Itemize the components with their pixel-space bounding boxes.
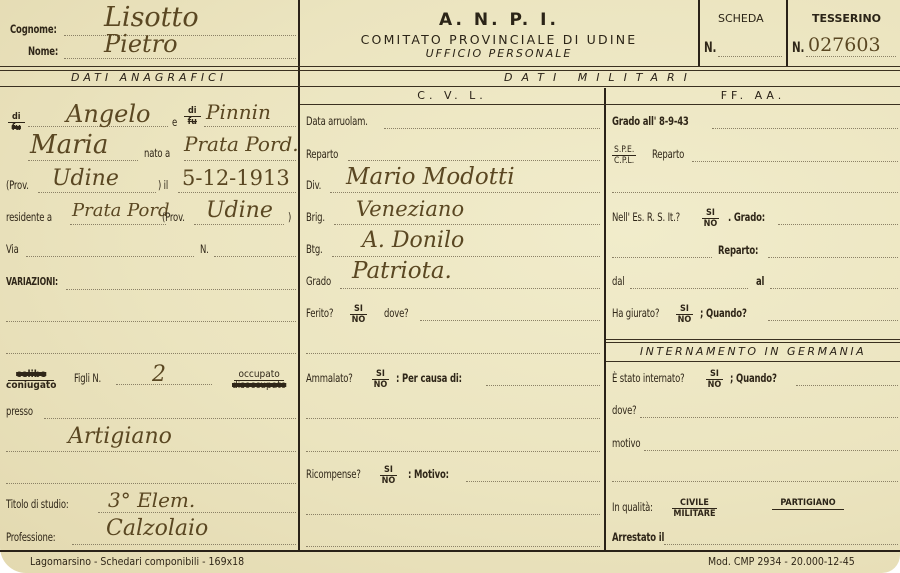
presso-label: presso (6, 404, 33, 418)
partigiano-label: PARTIGIANO (780, 498, 835, 508)
mother-name-line (28, 160, 138, 161)
cvl-grado-label: Grado (306, 274, 331, 288)
residence-value[interactable]: Prata Pord (72, 200, 169, 221)
ammalato-label: Ammalato? (306, 371, 353, 385)
cognome-label: Cognome: (10, 22, 57, 36)
rule-header-1 (0, 66, 900, 67)
btg-value[interactable]: A. Donilo (362, 228, 464, 253)
mother-name-value[interactable]: Maria (30, 130, 108, 160)
nome-line (64, 58, 296, 59)
nell-es-label: Nell' Es. R. S. It.? (612, 210, 680, 224)
nell-es-si-no[interactable]: SI NO (702, 208, 719, 229)
ffaa-reparto-line[interactable] (692, 161, 898, 162)
causa-line-2[interactable] (306, 418, 600, 419)
civile-militare-selector[interactable]: CIVILE MILITARE (672, 498, 717, 519)
scheda-line (718, 56, 782, 57)
presso-line (44, 418, 296, 419)
father-value[interactable]: Angelo (66, 100, 150, 128)
committee-title: COMITATO PROVINCIALE DI UDINE (300, 32, 698, 47)
internato-motivo-line-2[interactable] (612, 481, 898, 482)
data-arruolam-line[interactable] (384, 128, 600, 129)
btg-label: Btg. (306, 242, 323, 256)
residente-label: residente a (6, 210, 52, 224)
mother-surname-value[interactable]: Pinnin (206, 100, 271, 124)
cognome-value[interactable]: Lisotto (104, 2, 199, 33)
res-prov-value[interactable]: Udine (206, 198, 273, 223)
ffaa-reparto2-line[interactable] (768, 257, 898, 258)
arrestato-label: Arrestato il (612, 530, 664, 544)
prov-line (38, 192, 156, 193)
divider-ffaa-col (604, 88, 606, 550)
ricompense-label: Ricompense? (306, 467, 361, 481)
ffaa-reparto-line-2[interactable] (612, 192, 898, 193)
office-title: UFFICIO PERSONALE (300, 47, 698, 60)
res-prov-line (194, 224, 284, 225)
employment-selector: occupato disoccupato (232, 370, 286, 391)
giurato-label: Ha giurato? (612, 306, 659, 320)
al-label: al (756, 274, 764, 288)
presso-value[interactable]: Artigiano (68, 424, 172, 449)
ferito-line-2[interactable] (306, 353, 600, 354)
birthplace-line (184, 160, 296, 161)
rule-internamento-1 (606, 339, 900, 340)
variazioni-line-2[interactable] (6, 321, 296, 322)
motivo-line-2[interactable] (306, 514, 600, 515)
via-label: Via (6, 242, 19, 256)
grado-8943-label: Grado all' 8-9-43 (612, 114, 689, 128)
partigiano-option[interactable]: PARTIGIANO (772, 498, 844, 510)
professione-value[interactable]: Calzolaio (106, 516, 208, 541)
figli-value[interactable]: 2 (152, 362, 166, 387)
titolo-line (98, 512, 296, 513)
tesserino-n-label: N. (792, 40, 804, 56)
causa-line[interactable] (486, 385, 600, 386)
tesserino-value[interactable]: 027603 (808, 34, 881, 56)
ferito-dove-label: dove? (384, 306, 409, 320)
ffaa-title: FF. AA. (606, 89, 900, 102)
dati-militari-title: DATI MILITARI (300, 71, 900, 84)
header-title-block: A. N. P. I. COMITATO PROVINCIALE DI UDIN… (300, 10, 698, 60)
ferito-dove-line[interactable] (420, 320, 600, 321)
motivo-line[interactable] (466, 481, 600, 482)
internato-si-no[interactable]: SI NO (706, 369, 723, 390)
res-prov-close: ) (288, 210, 291, 224)
divider-tesserino (786, 0, 788, 66)
brig-label: Brig. (306, 210, 325, 224)
rule-internamento-3 (606, 361, 900, 362)
internato-dove-label: dove? (612, 403, 637, 417)
cvl-reparto-label: Reparto (306, 147, 338, 161)
res-prov-label: (Prov. (162, 210, 185, 224)
anpi-personnel-card: Cognome: Lisotto Nome: Pietro A. N. P. I… (0, 0, 900, 573)
ffaa-reparto-label: Reparto (652, 147, 684, 161)
via-line[interactable] (26, 256, 194, 257)
ricompense-si-no[interactable]: SI NO (380, 465, 397, 486)
variazioni-line-3[interactable] (6, 353, 296, 354)
cvl-grado-line (340, 288, 600, 289)
via-n-line[interactable] (214, 256, 296, 257)
tesserino-label: TESSERINO (812, 12, 881, 25)
birthdate-label: ) il (158, 178, 168, 192)
div-line (330, 192, 600, 193)
giurato-si-no[interactable]: SI NO (676, 304, 693, 325)
footer-printer: Lagomarsino - Schedari componibili - 169… (30, 556, 244, 568)
divider-scheda (698, 0, 700, 66)
titolo-label: Titolo di studio: (6, 497, 69, 511)
presso-line-3 (6, 483, 296, 484)
internato-motivo-line[interactable] (644, 450, 898, 451)
birthdate-line (178, 192, 296, 193)
btg-line (332, 256, 600, 257)
scheda-label: SCHEDA (718, 12, 764, 25)
internamento-title: INTERNAMENTO IN GERMANIA (606, 345, 900, 358)
dal-line[interactable] (630, 288, 748, 289)
di-fu-selector: di fu (8, 112, 25, 133)
e-di-label: e (172, 115, 177, 129)
ffaa-reparto2-pre-line (612, 257, 712, 258)
causa-line-3[interactable] (306, 451, 600, 452)
ammalato-si-no[interactable]: SI NO (372, 369, 389, 390)
motivo-label: : Motivo: (408, 467, 449, 481)
ffaa-grado2-line[interactable] (778, 224, 898, 225)
scheda-n-label: N. (704, 40, 716, 56)
rule-internamento-2 (606, 342, 900, 343)
nome-value[interactable]: Pietro (104, 30, 178, 58)
ffaa-reparto2-label: Reparto: (718, 243, 758, 257)
birthplace-value[interactable]: Prata Pord. (184, 132, 299, 156)
internato-quando-line[interactable] (796, 385, 898, 386)
tesserino-line (806, 56, 896, 57)
internato-motivo-label: motivo (612, 436, 640, 450)
cvl-title: C. V. L. (300, 89, 604, 102)
footer-model: Mod. CMP 2934 - 20.000-12-45 (708, 556, 855, 568)
qualita-label: In qualità: (612, 500, 653, 514)
giurato-quando-label: ; Quando? (700, 306, 747, 320)
div-label: Div. (306, 178, 321, 192)
grado-8943-line[interactable] (712, 128, 898, 129)
variazioni-line-1[interactable] (66, 289, 296, 290)
ffaa-grado2-label: . Grado: (728, 210, 765, 224)
rule-subsection-titles (300, 104, 900, 105)
prov-label: (Prov. (6, 178, 29, 192)
nato-a-label: nato a (144, 146, 170, 160)
ferito-label: Ferito? (306, 306, 333, 320)
dal-label: dal (612, 274, 624, 288)
nome-label: Nome: (28, 44, 58, 58)
prov-value[interactable]: Udine (52, 166, 119, 191)
cvl-reparto-line[interactable] (348, 160, 600, 161)
brig-value[interactable]: Veneziano (356, 197, 464, 221)
residence-line (70, 224, 166, 225)
spe-cpl-selector[interactable]: S.P.E. C.P.L. (612, 145, 636, 166)
dati-anagrafici-title: DATI ANAGRAFICI (0, 71, 298, 84)
titolo-value[interactable]: 3° Elem. (108, 488, 195, 512)
variazioni-label: VARIAZIONI: (6, 276, 58, 288)
motivo-line-3[interactable] (306, 546, 600, 547)
div-value[interactable]: Mario Modotti (346, 164, 515, 190)
brig-line (334, 224, 600, 225)
professione-label: Professione: (6, 530, 56, 544)
birthdate-value[interactable]: 5-12-1913 (182, 166, 290, 190)
internato-quando-label: ; Quando? (730, 371, 777, 385)
presso-line-2 (6, 451, 296, 452)
arrestato-line[interactable] (664, 544, 898, 545)
causa-label: : Per causa di: (396, 371, 462, 385)
internato-label: È stato internato? (612, 371, 684, 385)
ferito-si-no[interactable]: SI NO (350, 304, 367, 325)
giurato-quando-line[interactable] (768, 320, 898, 321)
rule-bottom (0, 550, 900, 552)
figli-label: Figli N. (74, 371, 101, 385)
mother-di-fu-selector: di fu (184, 106, 201, 127)
marital-status-selector: celibe coniugato (6, 370, 56, 391)
professione-line (72, 544, 296, 545)
org-title: A. N. P. I. (300, 10, 698, 30)
cvl-grado-value[interactable]: Patriota. (352, 258, 452, 284)
cognome-line (64, 35, 296, 36)
data-arruolam-label: Data arruolam. (306, 114, 368, 128)
via-n-label: N. (200, 242, 209, 256)
mother-surname-line (204, 126, 296, 127)
al-line[interactable] (770, 288, 898, 289)
internato-dove-line[interactable] (640, 417, 898, 418)
rule-section-titles (0, 86, 900, 87)
